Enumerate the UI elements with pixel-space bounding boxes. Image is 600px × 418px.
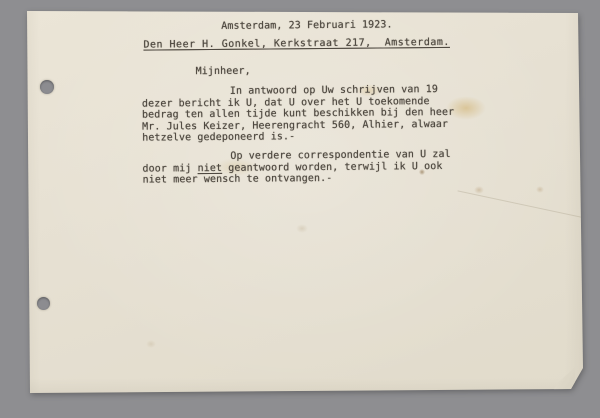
addressee-line: Den Heer H. Gonkel, Kerkstraat 217, Amst… (143, 37, 450, 51)
date-line: Amsterdam, 23 Februari 1923. (221, 19, 392, 32)
underlined-word-niet: niet (198, 162, 223, 173)
scanner-background: Amsterdam, 23 Februari 1923. Den Heer H.… (0, 0, 600, 418)
salutation: Mijnheer, (196, 66, 251, 78)
paragraph-2-line-2-pre: door mij (142, 163, 197, 174)
paragraph-1: In antwoord op Uw schrijven van 19 dezer… (142, 84, 455, 144)
letter-paper: Amsterdam, 23 Februari 1923. Den Heer H.… (26, 10, 583, 394)
letter-text: Amsterdam, 23 Februari 1923. Den Heer H.… (25, 8, 585, 397)
letter-scan: Amsterdam, 23 Februari 1923. Den Heer H.… (0, 0, 600, 418)
paragraph-2-line-3: niet meer wensch te ontvangen.- (143, 172, 451, 186)
paragraph-2: Op verdere correspondentie van U zal doo… (142, 149, 451, 186)
paragraph-1-line-5: hetzelve gedeponeerd is.- (142, 130, 454, 144)
paragraph-2-line-2-post: geantwoord worden, terwijl ik U ook (222, 160, 442, 173)
